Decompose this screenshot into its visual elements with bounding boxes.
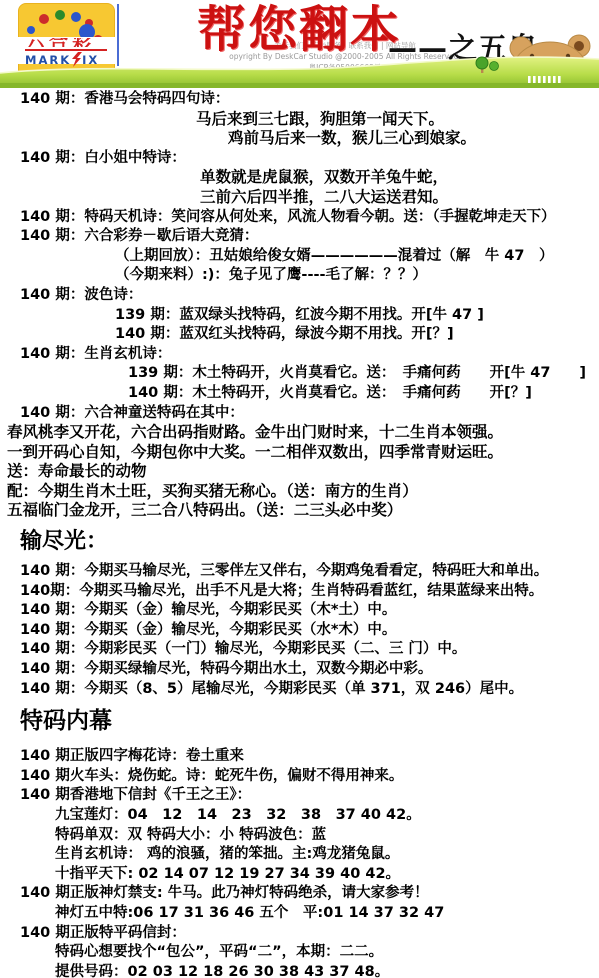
text-line: 一到开码心自知，今期包你中大奖。一二相伴双数出，四季常青财运旺。: [0, 443, 599, 463]
text-line: 140 期：生肖玄机诗：: [0, 345, 599, 365]
text-line: 140 期正版神灯禁支: 牛马。此乃神灯特码绝杀，请大家参考！: [0, 884, 599, 904]
text-line: 140 期：今期买（金）输尽光，今期彩民买（水*木）中。: [0, 621, 599, 641]
text-line: 送：寿命最长的动物: [0, 462, 599, 482]
text-line: 140 期：特码天机诗：笑问容从何处来，风流人物看今朝。送：（手握乾坤走天下）: [0, 208, 599, 228]
text-line: 140 期：今期买马输尽光，三零伴左又伴右，今期鸡兔看看定，特码旺大和单出。: [0, 562, 599, 582]
text-line: 140 期正版四字梅花诗：卷土重来: [0, 747, 599, 767]
content-lines: 140 期：香港马会特码四句诗：马后来到三七跟，狗胆第一闻天下。鸡前马后来一数，…: [0, 88, 599, 978]
text-line: 140 期正版特平码信封：: [0, 924, 599, 944]
text-line: 140 期：波色诗：: [0, 286, 599, 306]
text-line: 九宝莲灯：04 12 14 23 32 38 37 40 42。: [0, 806, 599, 826]
logo-cn-text: 六合彩: [26, 38, 106, 47]
text-line: 单数就是虎鼠猴，双数开羊兔牛蛇，: [0, 168, 599, 188]
text-line: 特码单双：双 特码大小：小 特码波色：蓝: [0, 826, 599, 846]
text-line: 140 期：白小姐中特诗：: [0, 149, 599, 169]
site-title: 帮您翻本: [197, 0, 401, 58]
grass-strip: [0, 54, 599, 88]
text-line: 十指平天下: 02 14 07 12 19 27 34 39 40 42。: [0, 865, 599, 885]
logo-dot-icon: [27, 26, 35, 34]
text-line: 特码心想要找个“包公”，平码“二”，本期：二二。: [0, 943, 599, 963]
text-line: 140 期：蓝双红头找特码，绿波今期不用找。开[？]: [0, 325, 599, 345]
page-header: 关于我们 | 广告服务 | 联系我们 | 网站导航 opyright By De…: [0, 0, 599, 88]
text-line: 配：今期生肖木土旺，买狗买猪无称心。（送：南方的生肖）: [0, 482, 599, 502]
text-line: 140 期：六合彩券－歇后语大竞猜：: [0, 227, 599, 247]
text-line: 鸡前马后来一数，猴儿三心到娘家。: [0, 129, 599, 149]
text-line: 140 期：今期买（8、5）尾输尽光，今期彩民买（单 371，双 246）尾中。: [0, 680, 599, 700]
text-line: （上期回放）：丑姑娘给俊女婿——————混着过（解 牛 47 ）: [0, 247, 599, 267]
text-line: 140期：今期买马输尽光，出手不凡是大将；生肖特码看蓝红，结果蓝绿来出特。: [0, 582, 599, 602]
text-line: 140 期：木土特码开，火肖莫看它。送： 手痛何药 开[？]: [0, 384, 599, 404]
text-line: 生肖玄机诗： 鸡的浪骚，猪的笨拙。主:鸡龙猪兔鼠。: [0, 845, 599, 865]
text-line: 140 期：今期买绿输尽光，特码今期出水土，双数今期必中彩。: [0, 660, 599, 680]
text-line: 139 期：蓝双绿头找特码，红波今期不用找。开[牛 47 ]: [0, 306, 599, 326]
logo-dot-icon: [39, 14, 49, 24]
text-line: 马后来到三七跟，狗胆第一闻天下。: [0, 110, 599, 130]
text-line: 五福临门金龙开，三二合八特码出。（送：二三头必中奖）: [0, 501, 599, 521]
text-line: （今期来料）:)：兔子见了鹰----毛了解：？？）: [0, 266, 599, 286]
text-line: 140 期：今期彩民买（一门）输尽光，今期彩民买（二、三 门）中。: [0, 640, 599, 660]
text-line: 三前六后四半推，二八大运送君知。: [0, 188, 599, 208]
text-line: 春风桃李又开花，六合出码指财路。金牛出门财时来，十二生肖本领强。: [0, 423, 599, 443]
text-line: 140 期：今期买（金）输尽光，今期彩民买（木*土）中。: [0, 601, 599, 621]
logo-dot-icon: [71, 12, 81, 22]
text-line: 神灯五中特:06 17 31 36 46 五个 平:01 14 37 32 47: [0, 904, 599, 924]
logo-dot-icon: [55, 10, 65, 20]
text-line: 输尽光：: [0, 529, 599, 555]
text-line: 139 期：木土特码开，火肖莫看它。送： 手痛何药 开[牛 47 ]: [0, 364, 599, 384]
text-line: 140 期火车头：烧伤蛇。诗：蛇死牛伤，偏财不得用神来。: [0, 767, 599, 787]
text-line: 140 期：六合神童送特码在其中：: [0, 404, 599, 424]
text-line: 特码内幕: [0, 708, 599, 735]
text-line: 140 期：香港马会特码四句诗：: [0, 90, 599, 110]
text-line: 提供号码：02 03 12 18 26 30 38 43 37 48。: [0, 963, 599, 978]
text-line: 140 期香港地下信封《千王之王》：: [0, 786, 599, 806]
